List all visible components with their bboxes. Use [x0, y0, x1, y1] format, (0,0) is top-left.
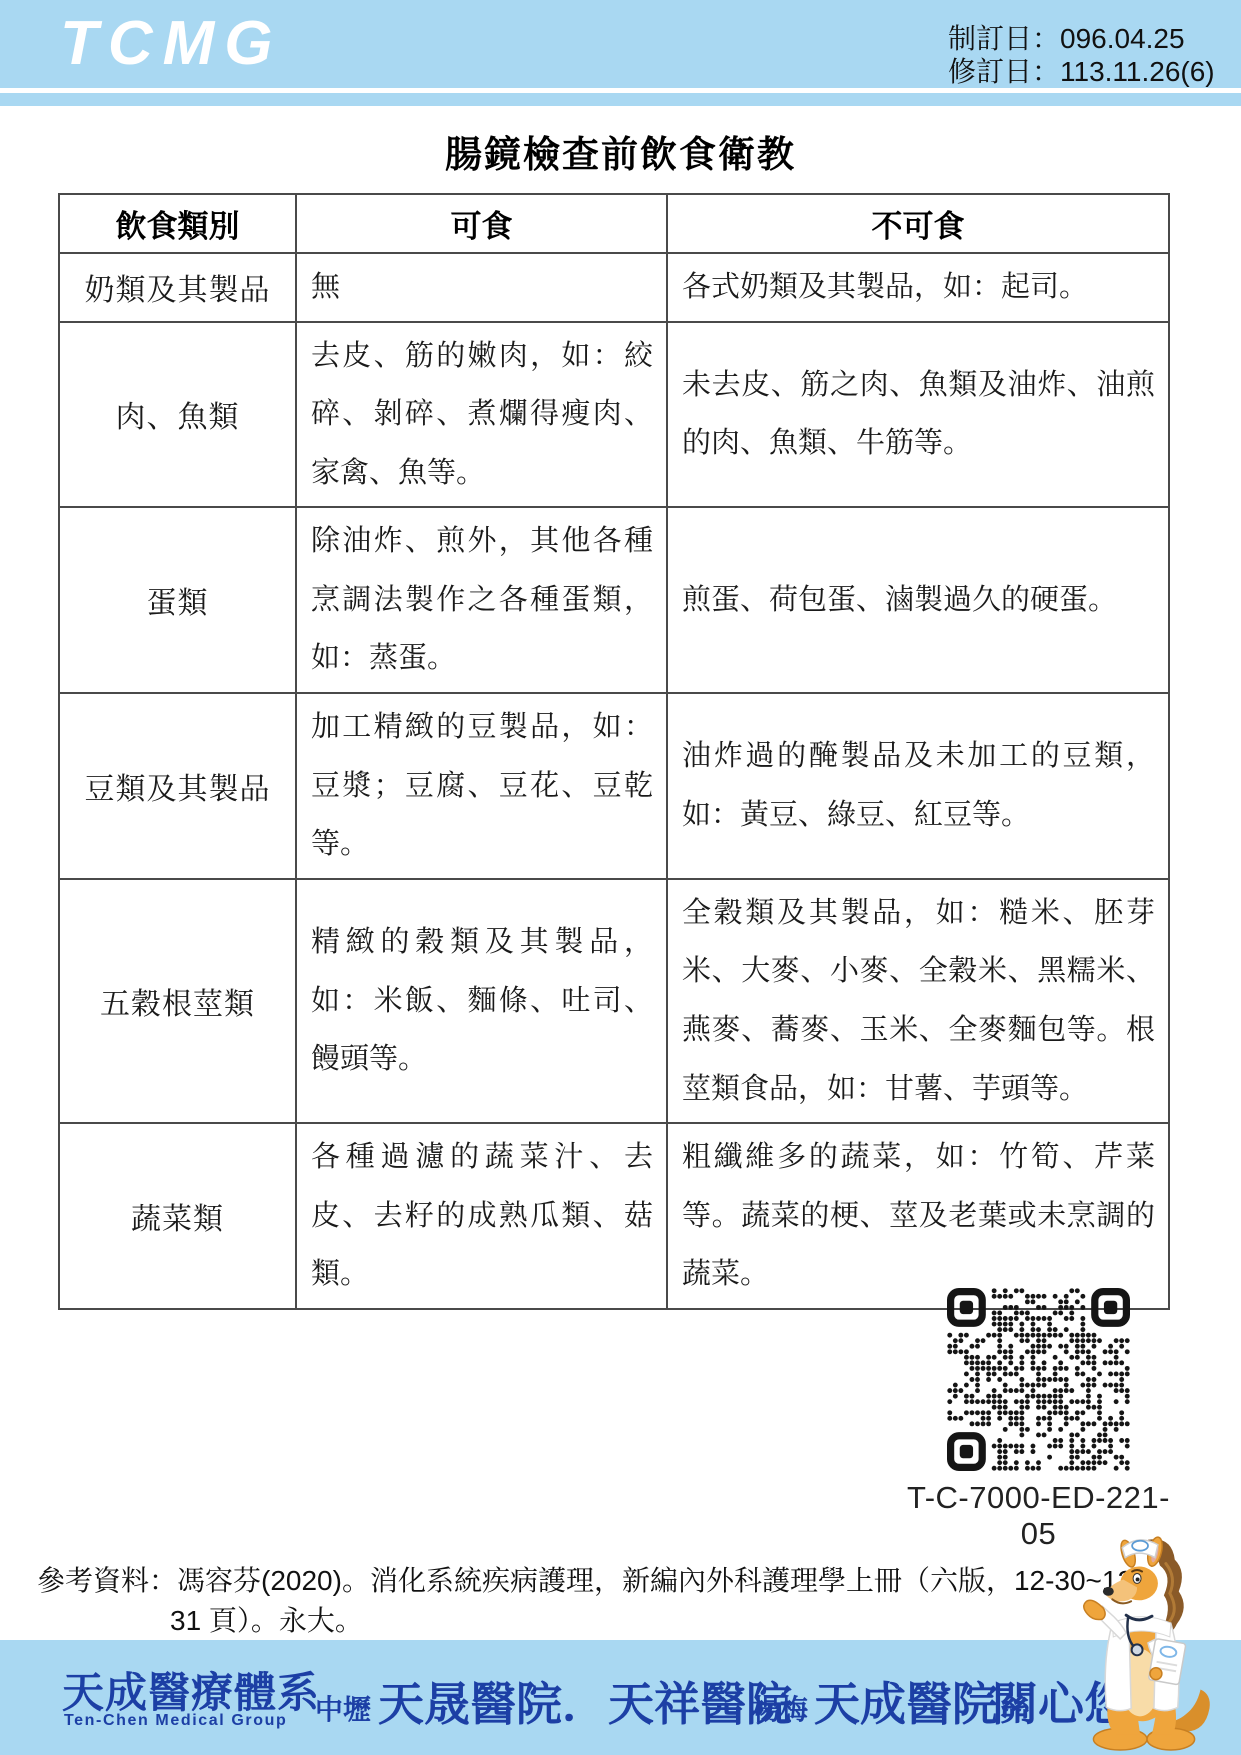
row-category: 蛋類: [59, 507, 296, 693]
medical-group-name: 天成醫療體系: [62, 1660, 320, 1720]
footer-band: 天成醫療體系 Ten-Chen Medical Group 中壢 天晟醫院．天祥…: [0, 1640, 1241, 1755]
created-date: 制訂日：096.04.25: [948, 22, 1215, 55]
footer-city-yangmei: 楊梅: [752, 1688, 808, 1728]
row-forbidden: 煎蛋、荷包蛋、滷製過久的硬蛋。: [667, 507, 1169, 693]
medical-group-name-en: Ten-Chen Medical Group: [64, 1712, 287, 1730]
row-forbidden: 油炸過的醃製品及未加工的豆類，如：黃豆、綠豆、紅豆等。: [667, 693, 1169, 879]
document-dates: 制訂日：096.04.25 修訂日：113.11.26(6): [948, 22, 1215, 88]
table-header-row: 飲食類別 可食 不可食: [59, 194, 1169, 253]
row-forbidden: 全穀類及其製品，如：糙米、胚芽米、大麥、小麥、全穀米、黑糯米、燕麥、蕎麥、玉米、…: [667, 879, 1169, 1123]
kangaroo-nurse-mascot-icon: [1078, 1512, 1218, 1755]
col-header-forbidden: 不可食: [667, 194, 1169, 253]
row-category: 蔬菜類: [59, 1123, 296, 1309]
row-forbidden: 粗纖維多的蔬菜，如：竹筍、芹菜等。蔬菜的梗、莖及老葉或未烹調的蔬菜。: [667, 1123, 1169, 1309]
row-category: 豆類及其製品: [59, 693, 296, 879]
page-title: 腸鏡檢查前飲食衛教: [0, 124, 1241, 178]
row-forbidden: 未去皮、筋之肉、魚類及油炸、油煎的肉、魚類、牛筋等。: [667, 322, 1169, 508]
reference-text-line1: 參考資料：馮容芬(2020)。消化系統疾病護理，新編內外科護理學上冊（六版，12…: [37, 1559, 1142, 1599]
footer-hospital-yangmei: 天成醫院: [814, 1668, 998, 1734]
row-allowed: 精緻的穀類及其製品，如：米飯、麵條、吐司、饅頭等。: [296, 879, 667, 1123]
col-header-category: 飲食類別: [59, 194, 296, 253]
table-row: 蛋類 除油炸、煎外，其他各種烹調法製作之各種蛋類，如：蒸蛋。 煎蛋、荷包蛋、滷製…: [59, 507, 1169, 693]
table-row: 肉、魚類 去皮、筋的嫩肉，如：絞碎、剝碎、煮爛得瘦肉、家禽、魚等。 未去皮、筋之…: [59, 322, 1169, 508]
reference-text-line2: 31 頁）。永大。: [170, 1599, 363, 1639]
footer-hospitals-zhongli: 天晟醫院．天祥醫院: [378, 1668, 792, 1734]
diet-table: 飲食類別 可食 不可食 奶類及其製品 無 各式奶類及其製品，如：起司。 肉、魚類…: [58, 193, 1170, 1310]
row-allowed: 去皮、筋的嫩肉，如：絞碎、剝碎、煮爛得瘦肉、家禽、魚等。: [296, 322, 667, 508]
tcmg-logo: TCMG: [60, 8, 283, 79]
table-row: 五穀根莖類 精緻的穀類及其製品，如：米飯、麵條、吐司、饅頭等。 全穀類及其製品，…: [59, 879, 1169, 1123]
table-row: 豆類及其製品 加工精緻的豆製品，如：豆漿；豆腐、豆花、豆乾等。 油炸過的醃製品及…: [59, 693, 1169, 879]
col-header-allowed: 可食: [296, 194, 667, 253]
qr-code: [947, 1288, 1130, 1471]
header-stripe: [0, 93, 1241, 106]
row-forbidden: 各式奶類及其製品，如：起司。: [667, 253, 1169, 322]
row-allowed: 加工精緻的豆製品，如：豆漿；豆腐、豆花、豆乾等。: [296, 693, 667, 879]
qr-code-icon: [947, 1288, 1130, 1471]
row-allowed: 除油炸、煎外，其他各種烹調法製作之各種蛋類，如：蒸蛋。: [296, 507, 667, 693]
footer-city-zhongli: 中壢: [315, 1688, 371, 1728]
row-category: 奶類及其製品: [59, 253, 296, 322]
table-row: 奶類及其製品 無 各式奶類及其製品，如：起司。: [59, 253, 1169, 322]
row-category: 五穀根莖類: [59, 879, 296, 1123]
row-allowed: 無: [296, 253, 667, 322]
revised-date: 修訂日：113.11.26(6): [948, 55, 1215, 88]
row-allowed: 各種過濾的蔬菜汁、去皮、去籽的成熟瓜類、菇類。: [296, 1123, 667, 1309]
table-row: 蔬菜類 各種過濾的蔬菜汁、去皮、去籽的成熟瓜類、菇類。 粗纖維多的蔬菜，如：竹筍…: [59, 1123, 1169, 1309]
row-category: 肉、魚類: [59, 322, 296, 508]
